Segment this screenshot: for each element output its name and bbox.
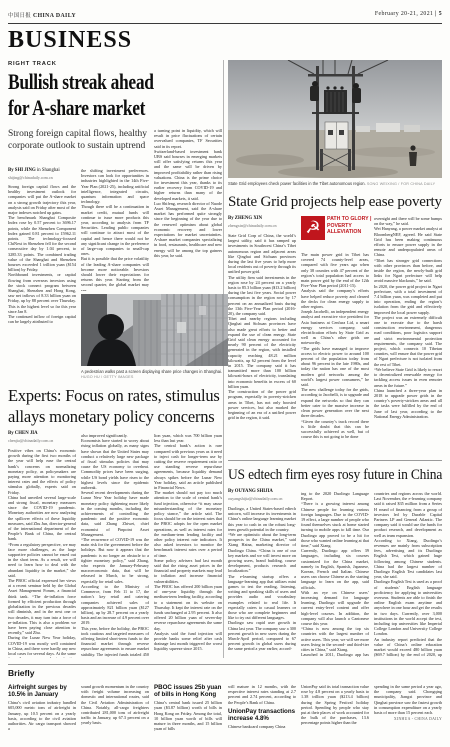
experts-headline: Experts: Focus on rates, stimulus allays… [8, 386, 220, 427]
wire-credit: XINHUA - CHINA DAILY [374, 717, 442, 721]
edtech-col1: Duolingo, a United States-based edtech u… [228, 506, 296, 658]
stategrid-photo-caption: State Grid employees check power facilit… [228, 181, 442, 187]
masthead: 中国日报 CHINA DAILY [8, 11, 76, 19]
bullish-email: shijing@chinadaily.com.cn [8, 175, 76, 180]
author-name: By CHEN JIA [8, 431, 38, 436]
bullish-col3: a turning point in liquidity, which will… [154, 128, 222, 291]
newspaper-page: 中国日报 CHINA DAILY February 20-21, 2021 | … [0, 0, 450, 747]
brief-airfreight-cont: sound growth momentum in the country wit… [81, 684, 149, 745]
masthead-chinese: 中国日报 [8, 13, 31, 19]
experts-col3: lion yuan, which was 700 billion yuan le… [154, 433, 222, 658]
author-name: By ZHENG XIN [228, 216, 262, 221]
edtech-headline-wrap: US edtech firm eyes rosy future in China [228, 466, 442, 484]
header-date-page: February 20-21, 2021 | 5 [375, 11, 442, 17]
stategrid-col3: overnight and there will be some bumps o… [374, 216, 442, 455]
briefly-rule [8, 664, 442, 665]
kicker: RIGHT TRACK [8, 61, 57, 67]
bullish-col2: the shifting investment preferences. Inv… [81, 168, 149, 291]
brief-unionpay-end: spending in the same period a year ago, … [374, 684, 442, 745]
bullish-col1: Strong foreign capital flows and the hea… [8, 184, 76, 370]
stategrid-byline: By ZHENG XIN [228, 216, 296, 221]
brief-pboc: PBOC issues 25b yuan of bills in Hong Ko… [154, 684, 222, 745]
edition-date: February 20-21, 2021 [375, 11, 433, 17]
page-number: | 5 [435, 11, 442, 17]
party-emblem-icon: ☭ [301, 216, 325, 240]
brief-text: spending in the same period a year ago, … [374, 684, 442, 715]
state-grid-photo-art [228, 60, 442, 178]
photo-credit: SONG WEIXING / FOR CHINA DAILY [367, 182, 435, 186]
stategrid-col2: The main power grid in Tibet has covered… [301, 252, 369, 455]
author-name: By OUYANG SHIJIA [228, 489, 273, 494]
stategrid-email: zhengxin@chinadaily.com.cn [228, 223, 296, 228]
bullish-byline: By SHI JING in Shanghai [8, 168, 76, 173]
stategrid-headline-wrap: State Grid projects help ease poverty [228, 193, 442, 211]
experts-byline: By CHEN JIA [8, 431, 76, 436]
brief-title: Airfreight surges by 10.5% in January [8, 684, 76, 698]
brief-unionpay-cont: UnionPay said its total transaction valu… [301, 684, 369, 745]
edtech-col3: countries and regions across the world. … [374, 491, 442, 658]
stategrid-edtech-rule [228, 460, 442, 461]
experts-col2: also improved significantly. Economists … [81, 433, 149, 658]
experts-headline-wrap: Experts: Focus on rates, stimulus allays… [8, 386, 220, 427]
brief-airfreight: Airfreight surges by 10.5% in January Ch… [8, 684, 76, 745]
author-name: By SHI JING [8, 168, 36, 173]
stategrid-headline: State Grid projects help ease poverty [228, 193, 442, 211]
stategrid-col1: State Grid Corp of China, the world’s la… [228, 233, 296, 455]
brief-text: China’s civil aviation industry handled … [8, 700, 76, 731]
brief-pboc-cont-unionpay: will mature in 12 months, with the respe… [228, 684, 296, 745]
shanghai-screen-photo-art [81, 294, 228, 366]
briefly-label: Briefly [8, 668, 34, 678]
header-rule [8, 23, 442, 24]
bullish-photo-caption: A pedestrian walks past a screen display… [81, 369, 228, 380]
caption-text: A pedestrian walks past a screen display… [81, 369, 222, 374]
author-location: in Shanghai [36, 168, 60, 173]
bullish-subhead: Strong foreign capital flows, healthy co… [8, 129, 158, 153]
edtech-headline: US edtech firm eyes rosy future in China [228, 466, 442, 484]
edtech-email: ouyangshijia@chinadaily.com.cn [228, 496, 296, 501]
caption-text: State Grid employees check power facilit… [228, 181, 366, 186]
edtech-byline: By OUYANG SHIJIA [228, 489, 296, 494]
edtech-col2: ing to the 2020 Duolingo Language Report… [301, 491, 369, 658]
bullish-headline: Bullish streak ahead for A-share market [8, 69, 154, 121]
masthead-english: CHINA DAILY [33, 13, 76, 19]
bullish-headline-wrap: Bullish streak ahead for A-share market [8, 69, 154, 121]
shanghai-screen-photo [81, 294, 228, 366]
brief-text: Chinese bankcard company China [228, 724, 296, 729]
brief-title: UnionPay transactions increase 4.8% [228, 708, 296, 722]
poverty-alleviation-badge: ☭ PATH TO GLORY | POVERTY ALLEVIATION [301, 216, 375, 240]
badge-label: PATH TO GLORY | POVERTY ALLEVIATION [327, 216, 373, 236]
brief-text: China’s central bank issued 25 billion y… [154, 700, 222, 731]
section-title: BUSINESS [8, 28, 132, 52]
experts-col1: Positive vibes on China’s economic growt… [8, 448, 76, 658]
brief-title: PBOC issues 25b yuan of bills in Hong Ko… [154, 684, 222, 698]
experts-email: chenjia@chinadaily.com.cn [8, 438, 76, 443]
brief-text: will mature in 12 months, with the respe… [228, 684, 296, 705]
photo-credit: HUGO HU / GETTY IMAGES [81, 375, 133, 379]
state-grid-photo [228, 60, 442, 178]
